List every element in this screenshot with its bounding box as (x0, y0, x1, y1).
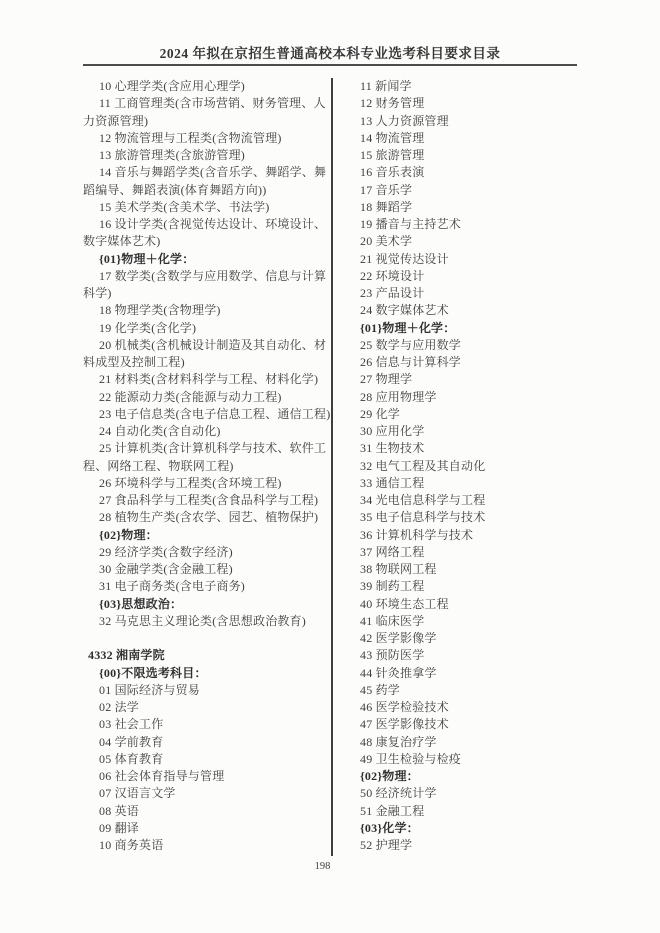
major-item: 20 美术学 (344, 233, 588, 250)
major-item: 14 物流管理 (344, 130, 588, 147)
major-item: 26 信息与计算科学 (344, 354, 588, 371)
major-item: 17 音乐学 (344, 182, 588, 199)
major-item: 41 临床医学 (344, 613, 588, 630)
major-item: 46 医学检验技术 (344, 699, 588, 716)
major-item: 45 药学 (344, 682, 588, 699)
major-item: 27 物理学 (344, 371, 588, 388)
subject-requirement-header: {01}物理＋化学： (344, 320, 588, 337)
subject-requirement-header: {02}物理： (344, 768, 588, 785)
major-item: 48 康复治疗学 (344, 734, 588, 751)
major-item: 12 财务管理 (344, 95, 588, 112)
major-item: 38 物联网工程 (344, 561, 588, 578)
major-item: 50 经济统计学 (344, 785, 588, 802)
major-item: 25 计算机类(含计算机科学与技术、软件工程、网络工程、物联网工程) (83, 440, 333, 475)
major-item: 47 医学影像技术 (344, 716, 588, 733)
major-item: 11 新闻学 (344, 78, 588, 95)
major-item: 04 学前教育 (83, 734, 333, 751)
major-item: 52 护理学 (344, 837, 588, 854)
major-item: 20 机械类(含机械设计制造及其自动化、材料成型及控制工程) (83, 337, 333, 372)
major-item: 21 视觉传达设计 (344, 251, 588, 268)
major-item: 44 针灸推拿学 (344, 665, 588, 682)
major-item: 28 植物生产类(含农学、园艺、植物保护) (83, 509, 333, 526)
major-item: 33 通信工程 (344, 475, 588, 492)
page-title: 2024 年拟在京招生普通高校本科专业选考科目要求目录 (0, 42, 660, 62)
left-column: 10 心理学类(含应用心理学)11 工商管理类(含市场营销、财务管理、人力资源管… (83, 78, 333, 854)
major-item: 25 数学与应用数学 (344, 337, 588, 354)
major-item: 29 化学 (344, 406, 588, 423)
major-item: 22 能源动力类(含能源与动力工程) (83, 389, 333, 406)
major-item: 11 工商管理类(含市场营销、财务管理、人力资源管理) (83, 95, 333, 130)
major-item: 32 电气工程及其自动化 (344, 458, 588, 475)
subject-requirement-header: {00}不限选考科目： (83, 665, 333, 682)
major-item: 13 旅游管理类(含旅游管理) (83, 147, 333, 164)
major-item: 06 社会体育指导与管理 (83, 768, 333, 785)
page-number: 198 (0, 861, 645, 872)
major-item: 21 材料类(含材料科学与工程、材料化学) (83, 371, 333, 388)
college-header: 4332 湘南学院 (83, 647, 333, 664)
major-item: 35 电子信息科学与技术 (344, 509, 588, 526)
major-item: 01 国际经济与贸易 (83, 682, 333, 699)
subject-requirement-header: {03}化学： (344, 820, 588, 837)
major-item: 10 商务英语 (83, 837, 333, 854)
major-item: 27 食品科学与工程类(含食品科学与工程) (83, 492, 333, 509)
major-item: 39 制药工程 (344, 578, 588, 595)
major-item: 16 音乐表演 (344, 164, 588, 181)
major-item: 23 电子信息类(含电子信息工程、通信工程) (83, 406, 333, 423)
major-item: 15 旅游管理 (344, 147, 588, 164)
major-item: 16 设计学类(含视觉传达设计、环境设计、数字媒体艺术) (83, 216, 333, 251)
major-item: 03 社会工作 (83, 716, 333, 733)
major-item: 18 物理学类(含物理学) (83, 302, 333, 319)
major-item: 29 经济学类(含数字经济) (83, 544, 333, 561)
major-item: 30 金融学类(含金融工程) (83, 561, 333, 578)
major-item: 31 生物技术 (344, 440, 588, 457)
major-item: 07 汉语言文学 (83, 785, 333, 802)
major-item: 28 应用物理学 (344, 389, 588, 406)
major-item: 22 环境设计 (344, 268, 588, 285)
major-item: 32 马克思主义理论类(含思想政治教育) (83, 613, 333, 630)
major-item: 24 数字媒体艺术 (344, 302, 588, 319)
major-item: 26 环境科学与工程类(含环境工程) (83, 475, 333, 492)
subject-requirement-header: {02}物理： (83, 527, 333, 544)
major-item: 12 物流管理与工程类(含物流管理) (83, 130, 333, 147)
major-item: 19 化学类(含化学) (83, 320, 333, 337)
major-item: 36 计算机科学与技术 (344, 527, 588, 544)
major-item: 34 光电信息科学与工程 (344, 492, 588, 509)
major-item: 24 自动化类(含自动化) (83, 423, 333, 440)
title-rule (83, 64, 577, 66)
major-item: 37 网络工程 (344, 544, 588, 561)
major-item: 09 翻译 (83, 820, 333, 837)
major-item: 19 播音与主持艺术 (344, 216, 588, 233)
major-item: 43 预防医学 (344, 647, 588, 664)
major-item: 15 美术学类(含美术学、书法学) (83, 199, 333, 216)
major-item: 13 人力资源管理 (344, 113, 588, 130)
major-item: 05 体育教育 (83, 751, 333, 768)
major-item: 14 音乐与舞蹈学类(含音乐学、舞蹈学、舞蹈编导、舞蹈表演(体育舞蹈方向)) (83, 164, 333, 199)
major-item: 31 电子商务类(含电子商务) (83, 578, 333, 595)
column-divider (331, 78, 333, 856)
major-item: 42 医学影像学 (344, 630, 588, 647)
subject-requirement-header: {01}物理＋化学： (83, 251, 333, 268)
major-item: 17 数学类(含数学与应用数学、信息与计算科学) (83, 268, 333, 303)
major-item: 40 环境生态工程 (344, 596, 588, 613)
major-item: 10 心理学类(含应用心理学) (83, 78, 333, 95)
major-item: 49 卫生检验与检疫 (344, 751, 588, 768)
major-item: 23 产品设计 (344, 285, 588, 302)
major-item: 30 应用化学 (344, 423, 588, 440)
major-item: 08 英语 (83, 803, 333, 820)
right-column: 11 新闻学12 财务管理13 人力资源管理14 物流管理15 旅游管理16 音… (344, 78, 588, 854)
subject-requirement-header: {03}思想政治： (83, 596, 333, 613)
major-item: 18 舞蹈学 (344, 199, 588, 216)
major-item: 51 金融工程 (344, 803, 588, 820)
major-item: 02 法学 (83, 699, 333, 716)
